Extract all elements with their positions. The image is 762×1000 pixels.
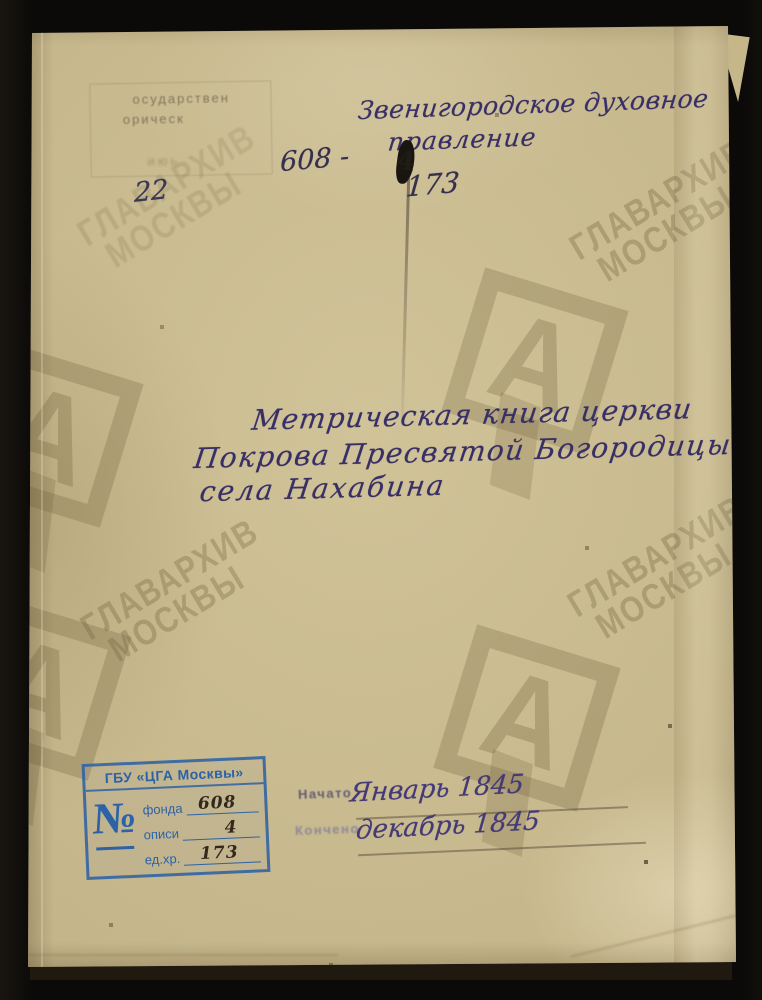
left-fold-crease [41, 26, 43, 968]
stamp-edhr-value: 173 [200, 842, 239, 864]
stamp-edhr-label: ед.хр. [144, 851, 180, 868]
stamp-fond-label: фонда [142, 801, 183, 818]
old-stamp-line-1: осударствен [132, 90, 230, 107]
finished-stamp-label: Кончено [295, 821, 360, 838]
book-title-line-3: села Нахабина [198, 469, 448, 509]
old-stamp-fragment: июь [147, 153, 180, 169]
started-stamp-label: Начато [298, 785, 353, 802]
archive-stamp: ГБУ «ЦГА Москвы» № фонда 608 описи 4 [82, 756, 271, 880]
stamp-number-sign: № [92, 796, 139, 842]
stamp-opis-value: 4 [224, 817, 238, 838]
stamp-row-edhr: ед.хр. 173 [144, 837, 261, 867]
fond-number: 608 - [280, 141, 350, 178]
old-archive-stamp: осударствен орическ июь [89, 80, 273, 177]
stamp-body: № фонда 608 описи 4 ед.хр. [86, 784, 267, 872]
item-number: 173 [405, 165, 461, 203]
case-number-left: 22 [134, 174, 168, 209]
header-inscription-line-1: Звенигородское духовное [357, 84, 711, 125]
archive-cover-page: ГЛАВАРХИВ МОСКВЫ ГЛАВАРХИВ МОСКВЫ ГЛАВАР… [28, 26, 736, 968]
stamp-fond-value: 608 [197, 792, 236, 814]
stamp-opis-label: описи [143, 826, 179, 843]
glavarchiv-logo-watermark: А [28, 340, 144, 527]
right-fold-highlight [674, 26, 736, 968]
bottom-crease [28, 954, 338, 956]
ink-specks [28, 26, 30, 28]
photo-background: ГЛАВАРХИВ МОСКВЫ ГЛАВАРХИВ МОСКВЫ ГЛАВАР… [0, 0, 762, 1000]
stamp-number-underline [96, 846, 134, 851]
stamp-rows: фонда 608 описи 4 ед.хр. 173 [142, 787, 261, 867]
old-stamp-line-2: орическ [123, 111, 185, 127]
ink-smear [401, 178, 410, 418]
